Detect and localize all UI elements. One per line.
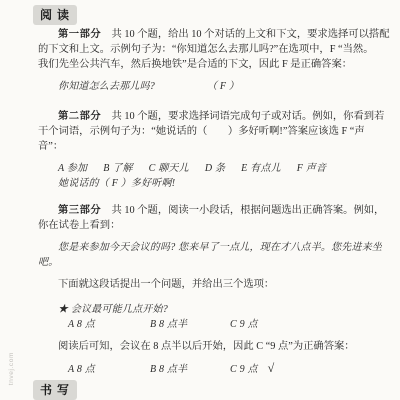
word-option-b: B 了解 xyxy=(103,163,132,174)
part3-line1: 第三部分 共 10 个题，阅读一小段话，根据问题选出正确答案。例如， xyxy=(38,203,372,218)
passage-line1: 您是来参加今天会议的吗? 您来早了一点儿，现在才八点半。您先进来坐 xyxy=(38,240,372,255)
part1-line1: 第一部分 共 10 个题，给出 10 个对话的上文和下文，要求选择可以搭配 xyxy=(38,27,372,42)
part1-line1-text: 共 10 个题，给出 10 个对话的上文和下文，要求选择可以搭配 xyxy=(111,29,389,40)
part2-example-sentence: 她说话的（ F ）多好听啊! xyxy=(38,176,372,191)
part2-word-options: A 参加B 了解C 聊天儿D 条E 有点儿F 声音 xyxy=(38,161,372,176)
reading-section-header: 阅 读 xyxy=(33,5,372,25)
part3-answer-row: A 8 点B 8 点半C 9 点√ xyxy=(38,361,372,377)
part3-title: 第三部分 xyxy=(58,205,101,216)
part1-paragraph: 第一部分 共 10 个题，给出 10 个对话的上文和下文，要求选择可以搭配 的下… xyxy=(38,27,372,72)
word-option-d: D 条 xyxy=(205,163,225,174)
answer-option-b: B 8 点半 xyxy=(150,362,230,377)
word-option-e: E 有点儿 xyxy=(241,163,281,174)
part3-question: ★ 会议最可能几点开始? xyxy=(38,302,372,317)
watermark-text: tnvej.com xyxy=(8,352,15,385)
part2-line2: 干个词语，示例句子为：“她说话的（ ）多好听啊!”答案应该选 F “声 xyxy=(38,124,372,139)
option-a: A 8 点 xyxy=(68,317,150,332)
part1-line3: 我们先坐公共汽车，然后换地铁”是合适的下文，因此 F 是正确答案： xyxy=(38,57,372,72)
part3-prompt: 下面就这段话提出一个问题，并给出三个选项： xyxy=(38,277,372,292)
answer-option-c: C 9 点 xyxy=(230,362,258,377)
part1-example-sentence: 你知道怎么去那儿吗? xyxy=(58,81,155,92)
part2-title: 第二部分 xyxy=(58,111,101,122)
word-option-c: C 聊天儿 xyxy=(149,163,189,174)
part1-line2: 的下文和上文。示例句子为：“你知道怎么去那儿吗?”在选项中，F “当然。 xyxy=(38,42,372,57)
writing-section-header: 书 写 xyxy=(33,380,77,400)
document-page: 阅 读 第一部分 共 10 个题，给出 10 个对话的上文和下文，要求选择可以搭… xyxy=(0,0,400,400)
part2-line1: 第二部分 共 10 个题，要求选择词语完成句子或对话。例如，你看到若 xyxy=(38,109,372,124)
option-b: B 8 点半 xyxy=(150,317,230,332)
part3-line1-text: 共 10 个题，阅读一小段话，根据问题选出正确答案。例如， xyxy=(111,205,384,216)
checkmark-icon: √ xyxy=(268,361,275,376)
part3-explanation: 阅读后可知，会议在 8 点半以后开始，因此 C “9 点”为正确答案： xyxy=(38,339,372,354)
part3-line2: 你在试卷上看到： xyxy=(38,218,372,233)
passage-line2: 吧。 xyxy=(38,255,372,270)
word-option-f: F 声音 xyxy=(297,163,326,174)
word-option-a: A 参加 xyxy=(58,163,87,174)
part1-title: 第一部分 xyxy=(58,29,101,40)
option-c: C 9 点 xyxy=(230,317,258,332)
writing-heading: 书 写 xyxy=(33,380,77,400)
part3-options-row: A 8 点B 8 点半C 9 点 xyxy=(38,317,372,332)
part2-line1-text: 共 10 个题，要求选择词语完成句子或对话。例如，你看到若 xyxy=(111,111,384,122)
answer-option-a: A 8 点 xyxy=(68,362,150,377)
part1-example: 你知道怎么去那儿吗?（ F ） xyxy=(38,79,372,94)
part1-example-answer: （ F ） xyxy=(207,81,239,92)
part3-paragraph: 第三部分 共 10 个题，阅读一小段话，根据问题选出正确答案。例如， 你在试卷上… xyxy=(38,203,372,233)
part3-passage: 您是来参加今天会议的吗? 您来早了一点儿，现在才八点半。您先进来坐 吧。 xyxy=(38,240,372,270)
part2-line3: 音”： xyxy=(38,139,372,154)
part2-paragraph: 第二部分 共 10 个题，要求选择词语完成句子或对话。例如，你看到若 干个词语，… xyxy=(38,109,372,154)
reading-heading: 阅 读 xyxy=(33,5,77,25)
